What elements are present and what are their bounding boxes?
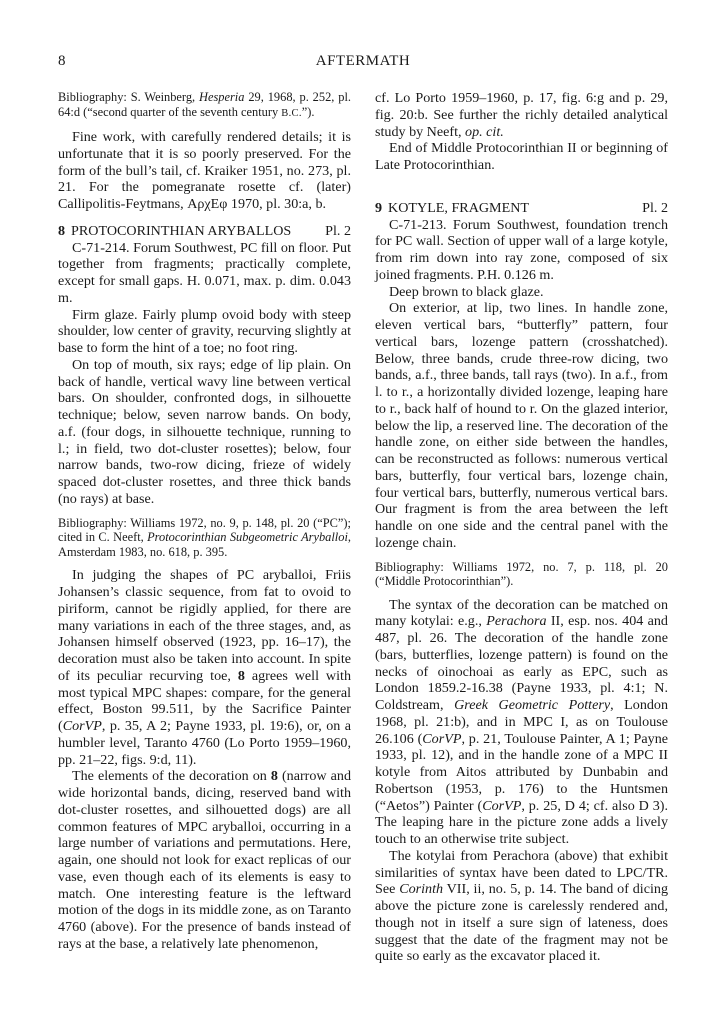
work-title: Perachora (486, 613, 546, 629)
text: , p. 35, A 2; Payne 1933, pl. 19:6), or,… (58, 718, 351, 768)
entry-number: 8 (58, 223, 65, 239)
work-title: CorVP (482, 798, 521, 814)
entry-title: KOTYLE, FRAGMENT (388, 200, 529, 216)
book-title: Protocorinthian Subgeometric Aryballoi (147, 530, 348, 544)
paragraph-syntax: The syntax of the decoration can be matc… (375, 597, 668, 848)
work-title: CorVP (422, 731, 461, 747)
right-column: cf. Lo Porto 1959–1960, p. 17, fig. 6:g … (375, 90, 668, 965)
era-abbrev: B.C. (281, 108, 301, 119)
text: The elements of the decoration on (72, 768, 271, 784)
work-title: Corinth (399, 881, 443, 897)
entry-number: 9 (375, 200, 382, 216)
work-title: CorVP (63, 718, 102, 734)
running-head: 8 AFTERMATH (58, 53, 668, 73)
text: (narrow and wide horizontal bands, dicin… (58, 768, 351, 952)
entry-8-heading: 8PROTOCORINTHIAN ARYBALLOS Pl. 2 (58, 223, 351, 240)
entry-reference: 8 (238, 668, 245, 684)
bib-text: Bibliography: S. Weinberg, (58, 90, 199, 104)
text: In judging the shapes of PC aryballoi, F… (58, 567, 351, 684)
paragraph-continuation: cf. Lo Porto 1959–1960, p. 17, fig. 6:g … (375, 90, 668, 140)
entry-reference: 8 (271, 768, 278, 784)
op-cit: op. cit. (465, 124, 504, 140)
book-title: Greek Geometric Pottery (454, 697, 610, 713)
paragraph-judging-shapes: In judging the shapes of PC aryballoi, F… (58, 567, 351, 768)
entry-8-bibliography: Bibliography: Williams 1972, no. 9, p. 1… (58, 516, 351, 560)
entry-8-catalog: C-71-214. Forum Southwest, PC fill on fl… (58, 240, 351, 307)
left-column: Bibliography: S. Weinberg, Hesperia 29, … (58, 90, 351, 953)
entry-9-bibliography: Bibliography: Williams 1972, no. 7, p. 1… (375, 560, 668, 589)
entry-9-glaze: Deep brown to black glaze. (375, 284, 668, 301)
paragraph-perachora: The kotylai from Perachora (above) that … (375, 848, 668, 965)
paragraph-dating: End of Middle Protocorinthian II or begi… (375, 140, 668, 174)
entry-title: PROTOCORINTHIAN ARYBALLOS (71, 223, 291, 239)
plate-reference: Pl. 2 (325, 223, 351, 240)
bib-text: ”). (302, 105, 315, 119)
running-title: AFTERMATH (58, 53, 668, 70)
entry-9-heading: 9KOTYLE, FRAGMENT Pl. 2 (375, 200, 668, 217)
entry-9-catalog: C-71-213. Forum Southwest, foundation tr… (375, 217, 668, 284)
entry-9-decoration: On exterior, at lip, two lines. In handl… (375, 300, 668, 551)
paragraph-fine-work: Fine work, with carefully rendered detai… (58, 129, 351, 213)
plate-reference: Pl. 2 (642, 200, 668, 217)
entry-8-decoration: On top of mouth, six rays; edge of lip p… (58, 357, 351, 508)
text: cf. Lo Porto 1959–1960, p. 17, fig. 6:g … (375, 90, 668, 140)
entry-8-glaze: Firm glaze. Fairly plump ovoid body with… (58, 307, 351, 357)
paragraph-elements: The elements of the decoration on 8 (nar… (58, 768, 351, 952)
journal-title: Hesperia (199, 90, 244, 104)
bibliography-previous-entry: Bibliography: S. Weinberg, Hesperia 29, … (58, 90, 351, 121)
